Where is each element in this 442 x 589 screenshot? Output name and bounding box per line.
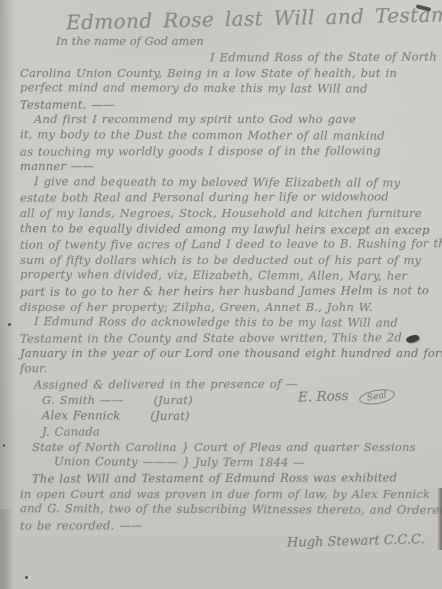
probate-line: and G. Smith, two of the subscribing Wit… — [20, 501, 420, 518]
bequest-line: estate both Real and Personal during her… — [20, 190, 420, 207]
clerk-signature: Hugh Stewart C.C.C. — [287, 532, 425, 551]
acknowledgement-text: Testament in the County and State above … — [20, 330, 402, 345]
ink-stain — [3, 444, 5, 447]
will-document-page: Edmond Rose last Will and Testament In t… — [0, 0, 442, 589]
ink-stain — [8, 323, 11, 326]
document-title: Edmond Rose last Will and Testament — [66, 2, 442, 35]
probate-line: The last Will and Testament of Edmund Ro… — [32, 470, 420, 487]
recommendation-line: it, my body to the Dust the common Mothe… — [20, 127, 420, 144]
probate-line: in open Court and was proven in due form… — [20, 487, 420, 503]
recommendation-line: manner —— — [20, 159, 420, 175]
witness-jurat-note: (Jurat) — [153, 393, 192, 407]
probate-line: State of North Carolina } Court of Pleas… — [32, 440, 420, 456]
probate-line: Union County ——— } July Term 1844 — — [54, 455, 420, 472]
page-edge-shadow — [0, 509, 12, 589]
witness-name: G. Smith —— — [42, 393, 123, 407]
ink-stain — [25, 576, 28, 579]
acknowledgement-line: January in the year of our Lord one thou… — [20, 346, 420, 362]
witness-row: Alex Fennick(Jurat) — [42, 408, 420, 425]
witness-name: Alex Fennick — [42, 408, 120, 422]
witness-jurat-note: (Jurat) — [150, 408, 189, 422]
invocation-line: In the name of God amen — [56, 34, 204, 48]
document-body: I Edmund Ross of the State of North Caro… — [20, 50, 420, 533]
acknowledgement-line: Testament in the County and State above … — [20, 330, 420, 347]
bequest-line: tion of twenty five acres of Land I deed… — [20, 236, 420, 253]
bequest-line: dispose of her property; Zilpha, Green, … — [20, 300, 420, 316]
ink-blot — [405, 333, 419, 342]
testator-signature-name: E. Ross — [298, 388, 349, 406]
bequest-line: then to be equally divided among my lawf… — [20, 221, 420, 238]
bequest-line: sum of fifty dollars which is to be dedu… — [20, 253, 420, 269]
bequest-line: property when divided, viz, Elizabeth, C… — [20, 267, 420, 284]
opening-line: perfect mind and memory do make this my … — [20, 80, 420, 97]
opening-line: Testament. —— — [20, 96, 420, 113]
acknowledgement-line: I Edmund Ross do acknowledge this to be … — [34, 314, 420, 331]
bequest-line: part is to go to her & her heirs her hus… — [20, 283, 420, 300]
bequest-line: all of my lands, Negroes, Stock, Househo… — [20, 206, 420, 222]
opening-line: I Edmund Ross of the State of North — [210, 50, 420, 66]
witness-name: J. Canada — [42, 425, 100, 439]
testator-signature: E. RossSeal — [298, 386, 395, 406]
recommendation-line: And first I recommend my spirit unto God… — [34, 112, 420, 128]
witness-row: J. Canada — [42, 424, 420, 441]
probate-line: to be recorded. —— — [20, 517, 420, 534]
opening-line: Carolina Union County, Being in a low St… — [20, 66, 420, 82]
page-edge-shadow — [437, 488, 442, 550]
recommendation-line: as touching my worldly goods I dispose o… — [20, 143, 420, 160]
